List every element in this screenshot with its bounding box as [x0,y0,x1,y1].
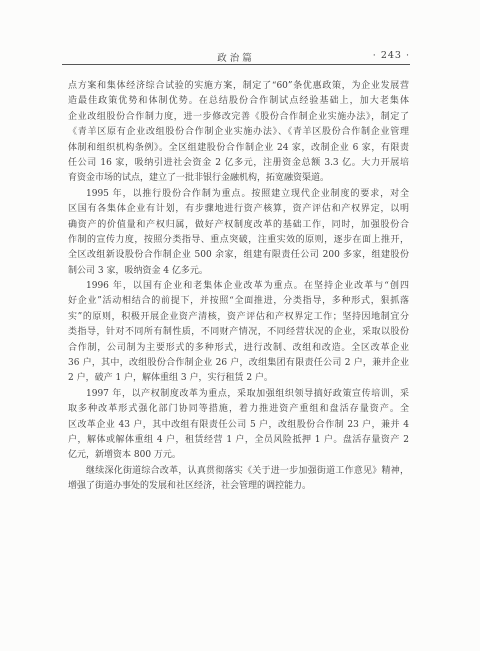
text-line: 1997 年，以产权制度改革为重点，采取加强组织领导搞好政策宣传培训，采 [68,387,409,402]
text-line: 实”的原则，积极开展企业资产清核，资产评估和产权界定工作；坚持因地制宜分 [68,310,409,325]
text-line: 1996 年，以国有企业和老集体企业改革为重点。在坚持企业改革与“创四 [68,279,409,294]
text-line: 区改革企业 43 户，其中改组有限责任公司 5 户，改组股份合作制 23 户，兼… [68,418,409,433]
text-line: 亿元，新增资本 800 万元。 [68,448,409,463]
text-line: 2 户，破产 1 户，解体重组 3 户，实行租赁 2 户。 [68,371,409,386]
text-line: 继续深化街道综合改革，认真贯彻落实《关于进一步加强街道工作意见》精神， [68,464,409,479]
text-line: 体制和组织机构条例》。全区组建股份合作制企业 24 家，改制企业 6 家，有限责 [68,141,409,156]
paragraph: 1997 年，以产权制度改革为重点，采取加强组织领导搞好政策宣传培训，采取多种改… [68,387,409,464]
text-line: 区国有各集体企业有计划，有步骤地进行资产核算，资产评估和产权界定，以明 [68,202,409,217]
text-line: 增强了街道办事处的发展和社区经济，社会管理的调控能力。 [68,479,409,494]
running-head: 政治篇 · 243 · [62,50,410,63]
text-line: 好企业”活动相结合的前提下，并按照“全面推进，分类指导，多种形式，狠抓落 [68,294,409,309]
paragraph: 1996 年，以国有企业和老集体企业改革为重点。在坚持企业改革与“创四好企业”活… [68,279,409,387]
page-number: · 243 · [373,50,410,61]
text-line: 户，解体或解体重组 4 户，租赁经营 1 户，全员风险抵押 1 户。盘活存量资产… [68,433,409,448]
paragraph: 点方案和集体经济综合试验的实施方案，制定了“60”条优惠政策，为企业发展营造最佳… [68,79,409,187]
book-page: 政治篇 · 243 · 点方案和集体经济综合试验的实施方案，制定了“60”条优惠… [0,0,480,651]
text-line: 确资产的价值量和产权归属，做好产权制度改革的基础工作，同时，加强股份合 [68,218,409,233]
text-line: 《青羊区原有企业改组股份合作制企业实施办法》、《青羊区股份合作制企业管理 [68,125,409,140]
text-line: 全区改组新设股份合作制企业 500 余家，组建有限责任公司 200 多家，组建股… [68,248,409,263]
paragraph: 继续深化街道综合改革，认真贯彻落实《关于进一步加强街道工作意见》精神，增强了街道… [68,464,409,495]
body-text: 点方案和集体经济综合试验的实施方案，制定了“60”条优惠政策，为企业发展营造最佳… [68,79,409,495]
text-line: 合作制，公司制为主要形式的多种形式，进行改制、改组和改造。全区改革企业 [68,341,409,356]
text-line: 造最佳政策优势和体制优势。在总结股份合作制试点经验基础上，加大老集体 [68,94,409,109]
paragraph: 1995 年，以推行股份合作制为重点。按照建立现代企业制度的要求，对全区国有各集… [68,187,409,279]
text-line: 点方案和集体经济综合试验的实施方案，制定了“60”条优惠政策，为企业发展营 [68,79,409,94]
section-title: 政治篇 [62,50,410,64]
text-line: 制公司 3 家，吸纳资金 4 亿多元。 [68,264,409,279]
text-line: 1995 年，以推行股份合作制为重点。按照建立现代企业制度的要求，对全 [68,187,409,202]
text-line: 任公司 16 家，吸纳引进社会资金 2 亿多元，注册资金总额 3.3 亿。大力开… [68,156,409,171]
text-line: 作制的宣传力度，按照分类指导、重点突破，注重实效的原则，逐步在面上推开， [68,233,409,248]
text-line: 育资金市场的试点，建立了一批非银行金融机构，拓宽融资渠道。 [68,171,409,186]
text-line: 类指导，针对不同所有制性质，不同财产情况，不同经营状况的企业，采取以股份 [68,325,409,340]
text-line: 36 户，其中，改组股份合作制企业 26 户，改组集团有限责任公司 2 户，兼并… [68,356,409,371]
text-line: 取多种改革形式强化部门协同等措施，着力推进资产重组和盘活存量资产。全 [68,402,409,417]
text-line: 企业改组股份合作制力度，进一步修改完善《股份合作制企业实施办法》，制定了 [68,110,409,125]
header-rule [62,64,410,65]
